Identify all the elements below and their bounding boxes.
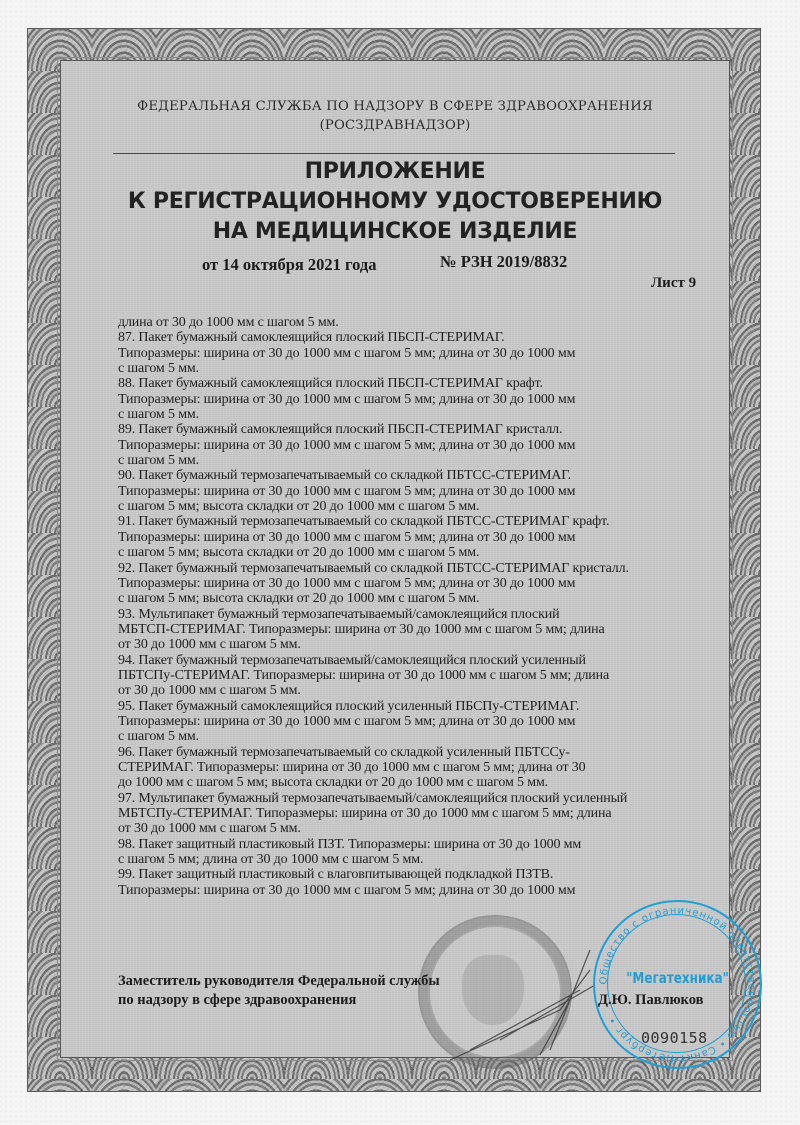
text-line: Типоразмеры: ширина от 30 до 1000 мм с ш… xyxy=(118,438,728,453)
registration-number: № РЗН 2019/8832 xyxy=(440,252,567,272)
text-line: Типоразмеры: ширина от 30 до 1000 мм с ш… xyxy=(118,576,728,591)
document-title: ПРИЛОЖЕНИЕ xyxy=(60,157,730,187)
text-line: 96. Пакет бумажный термозапечатываемый с… xyxy=(118,745,728,760)
device-list: длина от 30 до 1000 мм с шагом 5 мм.87. … xyxy=(118,315,728,898)
text-line: Типоразмеры: ширина от 30 до 1000 мм с ш… xyxy=(118,392,728,407)
sheet-number: Лист 9 xyxy=(651,275,696,292)
text-line: с шагом 5 мм; высота складки от 20 до 10… xyxy=(118,545,728,560)
header-divider xyxy=(113,153,675,154)
text-line: с шагом 5 мм; высота складки от 20 до 10… xyxy=(118,499,728,514)
signatory-name: Д.Ю. Павлюков xyxy=(598,991,703,1010)
text-line: с шагом 5 мм. xyxy=(118,453,728,468)
text-line: Типоразмеры: ширина от 30 до 1000 мм с ш… xyxy=(118,714,728,729)
text-line: ПБТСПу-СТЕРИМАГ. Типоразмеры: ширина от … xyxy=(118,668,728,683)
text-line: 89. Пакет бумажный самоклеящийся плоский… xyxy=(118,422,728,437)
signatory-position-line2: по надзору в сфере здравоохранения xyxy=(118,991,356,1010)
text-line: 95. Пакет бумажный самоклеящийся плоский… xyxy=(118,699,728,714)
text-line: от 30 до 1000 мм с шагом 5 мм. xyxy=(118,637,728,652)
text-line: с шагом 5 мм; высота складки от 20 до 10… xyxy=(118,591,728,606)
signatory-position-line1: Заместитель руководителя Федеральной слу… xyxy=(118,972,440,991)
text-line: Типоразмеры: ширина от 30 до 1000 мм с ш… xyxy=(118,530,728,545)
text-line: с шагом 5 мм; длина от 30 до 1000 мм с ш… xyxy=(118,852,728,867)
document-subtitle-line2: НА МЕДИЦИНСКОЕ ИЗДЕЛИЕ xyxy=(60,217,730,247)
text-line: Типоразмеры: ширина от 30 до 1000 мм с ш… xyxy=(118,883,728,898)
text-line: от 30 до 1000 мм с шагом 5 мм. xyxy=(118,683,728,698)
text-line: с шагом 5 мм. xyxy=(118,407,728,422)
text-line: СТЕРИМАГ. Типоразмеры: ширина от 30 до 1… xyxy=(118,760,728,775)
text-line: 87. Пакет бумажный самоклеящийся плоский… xyxy=(118,330,728,345)
text-line: 92. Пакет бумажный термозапечатываемый с… xyxy=(118,561,728,576)
text-line: 93. Мультипакет бумажный термозапечатыва… xyxy=(118,607,728,622)
signature-icon xyxy=(440,930,600,1070)
text-line: МБТСПу-СТЕРИМАГ. Типоразмеры: ширина от … xyxy=(118,806,728,821)
text-line: 90. Пакет бумажный термозапечатываемый с… xyxy=(118,468,728,483)
text-line: с шагом 5 мм. xyxy=(118,729,728,744)
text-line: 99. Пакет защитный пластиковый с влаговп… xyxy=(118,867,728,882)
agency-name: ФЕДЕРАЛЬНАЯ СЛУЖБА ПО НАДЗОРУ В СФЕРЕ ЗД… xyxy=(60,98,730,116)
text-line: до 1000 мм с шагом 5 мм; высота складки … xyxy=(118,775,728,790)
text-line: от 30 до 1000 мм с шагом 5 мм. xyxy=(118,821,728,836)
text-line: длина от 30 до 1000 мм с шагом 5 мм. xyxy=(118,315,728,330)
text-line: Типоразмеры: ширина от 30 до 1000 мм с ш… xyxy=(118,346,728,361)
text-line: МБТСП-СТЕРИМАГ. Типоразмеры: ширина от 3… xyxy=(118,622,728,637)
text-line: 88. Пакет бумажный самоклеящийся плоский… xyxy=(118,376,728,391)
text-line: Типоразмеры: ширина от 30 до 1000 мм с ш… xyxy=(118,484,728,499)
document-date: от 14 октября 2021 года xyxy=(202,255,377,275)
text-line: с шагом 5 мм. xyxy=(118,361,728,376)
text-line: 94. Пакет бумажный термозапечатываемый/с… xyxy=(118,653,728,668)
text-line: 98. Пакет защитный пластиковый ПЗТ. Типо… xyxy=(118,837,728,852)
text-line: 97. Мультипакет бумажный термозапечатыва… xyxy=(118,791,728,806)
stamp-company-name: "Мегатехника" xyxy=(612,969,744,987)
agency-abbreviation: (РОСЗДРАВНАДЗОР) xyxy=(60,117,730,135)
form-serial-number: 0090158 xyxy=(641,1029,708,1047)
document-subtitle-line1: К РЕГИСТРАЦИОННОМУ УДОСТОВЕРЕНИЮ xyxy=(60,187,730,217)
text-line: 91. Пакет бумажный термозапечатываемый с… xyxy=(118,514,728,529)
